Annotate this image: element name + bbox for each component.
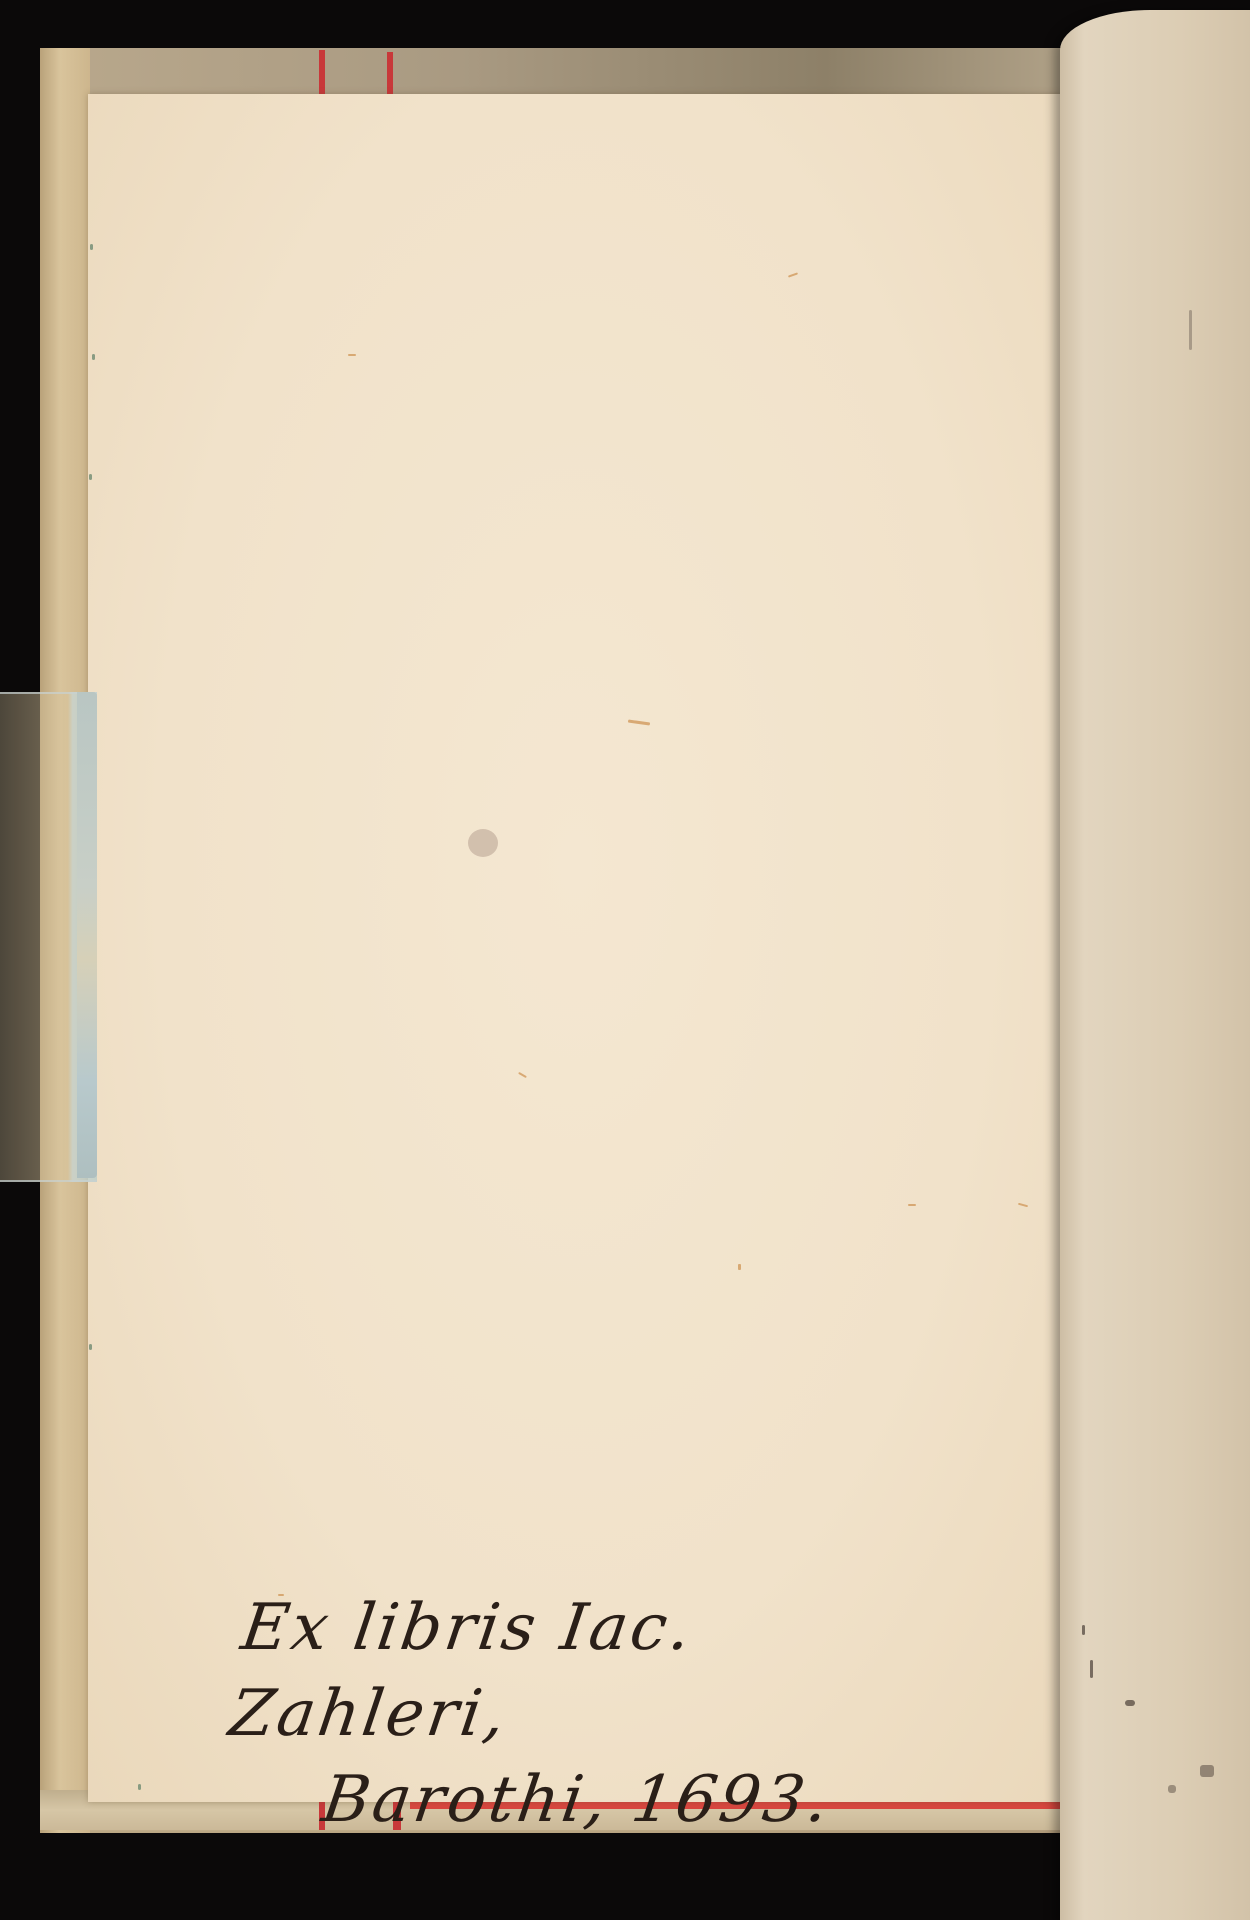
red-rule-top-1 [319,50,325,96]
paper-fleck [738,1264,741,1270]
paper-fleck [1018,1203,1028,1208]
cover-top-turn-in [42,48,1087,96]
page-mark [1082,1625,1085,1635]
inscription-line-2: Barothi, 1693. [317,1757,944,1843]
paper-fleck [908,1204,916,1206]
page-mark [1125,1700,1135,1706]
paper-fleck [628,719,650,725]
facing-page-curl [1060,10,1250,1920]
paper-fleck [348,354,356,356]
pastedown-page [88,94,1063,1802]
paper-stain [468,829,498,857]
page-mark [1200,1765,1214,1777]
page-mark [1090,1660,1093,1678]
green-edge-speckle [92,354,95,360]
acetate-clip-edge [77,692,97,1178]
ownership-inscription: Ex libris Iac. Zahleri, Barothi, 1693. [212,1585,968,1843]
inscription-line-1: Ex libris Iac. Zahleri, [224,1585,968,1757]
green-edge-speckle [89,474,92,480]
paper-fleck [788,272,798,277]
green-edge-speckle [138,1784,141,1790]
page-mark [1189,310,1192,350]
red-rule-top-2 [387,52,393,96]
green-edge-speckle [89,1344,92,1350]
paper-fleck [518,1072,527,1078]
green-edge-speckle [90,244,93,250]
page-mark [1168,1785,1176,1793]
